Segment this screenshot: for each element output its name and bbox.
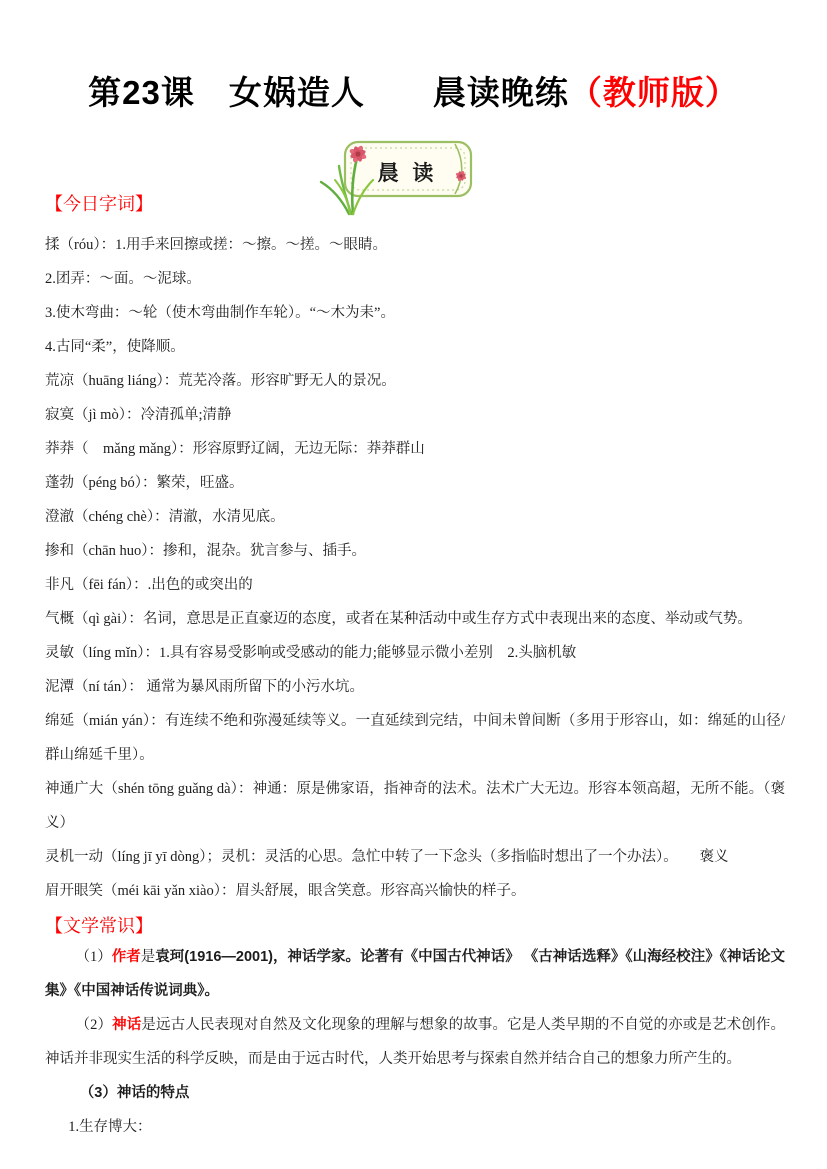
page-title-main: 第23课 女娲造人 晨读晚练 (88, 74, 569, 111)
word-item: 绵延（mián yán）：有连续不绝和弥漫延续等义。一直延续到完结，中间未曾间断… (45, 704, 785, 772)
word-item: 灵机一动（líng jī yī dòng）；灵机：灵活的心思。急忙中转了一下念头… (45, 840, 785, 874)
item-number: （1） (75, 949, 111, 965)
word-item: 掺和（chān huo）：掺和，混杂。犹言参与、插手。 (45, 534, 785, 568)
word-item: 寂寞（jì mò）：冷清孤单;清静 (45, 398, 785, 432)
section-header-literature: 【文学常识】 (45, 912, 785, 940)
item-number: （2） (75, 1017, 112, 1033)
morning-reading-banner: 晨 读 (305, 134, 495, 218)
literature-item-myth-features: （3）神话的特点 (45, 1076, 785, 1110)
literature-section: 【文学常识】 （1）作者是袁珂(1916—2001)，神话学家。论著有《中国古代… (45, 912, 785, 1144)
page-title: 第23课 女娲造人 晨读晚练（教师版） (0, 70, 827, 116)
section-header-today-words: 【今日字词】 (45, 192, 153, 216)
word-item: 2.团弄：～面。～泥球。 (45, 262, 785, 296)
literature-item-feature-1: 1.生存博大： (45, 1110, 785, 1144)
literature-item-myth: （2）神话是远古人民表现对自然及文化现象的理解与想象的故事。它是人类早期的不自觉… (45, 1008, 785, 1076)
page-title-edition: （教师版） (569, 74, 739, 111)
word-item: 莽莽（ mǎng mǎng）：形容原野辽阔，无边无际：莽莽群山 (45, 432, 785, 466)
word-item: 眉开眼笑（méi kāi yǎn xiào）：眉头舒展，眼含笑意。形容高兴愉快的… (45, 874, 785, 908)
word-item: 3.使木弯曲：～轮（使木弯曲制作车轮）。“～木为耒”。 (45, 296, 785, 330)
word-item: 泥潭（ní tán）： 通常为暴风雨所留下的小污水坑。 (45, 670, 785, 704)
banner-row: 晨 读 【今日字词】 (0, 116, 827, 222)
word-item: 荒凉（huāng liáng）：荒芜冷落。形容旷野无人的景况。 (45, 364, 785, 398)
link-word: 是 (141, 949, 156, 965)
word-list: 揉（róu）：1.用手来回擦或搓：～擦。～搓。～眼睛。 2.团弄：～面。～泥球。… (45, 228, 785, 908)
word-item: 气概（qì gài）：名词，意思是正直豪迈的态度，或者在某种活动中或生存方式中表… (45, 602, 785, 636)
author-works-text: 袁珂(1916—2001)，神话学家。论著有《中国古代神话》 《古神话选释》《山… (45, 949, 785, 999)
word-item: 蓬勃（péng bó）：繁荣，旺盛。 (45, 466, 785, 500)
word-item: 神通广大（shén tōng guǎng dà）：神通：原是佛家语，指神奇的法术… (45, 772, 785, 840)
document-page: 第23课 女娲造人 晨读晚练（教师版） (0, 0, 827, 1169)
word-item: 4.古同“柔”，使降顺。 (45, 330, 785, 364)
word-item: 灵敏（líng mǐn）：1.具有容易受影响或受感动的能力;能够显示微小差别 2… (45, 636, 785, 670)
word-item: 澄澈（chéng chè）：清澈，水清见底。 (45, 500, 785, 534)
banner-label: 晨 读 (378, 157, 438, 187)
keyword-author: 作者 (112, 949, 141, 965)
word-item: 非凡（fēi fán）：.出色的或突出的 (45, 568, 785, 602)
myth-definition-text: 是远古人民表现对自然及文化现象的理解与想象的故事。它是人类早期的不自觉的亦或是艺… (45, 1017, 785, 1067)
keyword-myth: 神话 (112, 1017, 141, 1033)
word-item: 揉（róu）：1.用手来回擦或搓：～擦。～搓。～眼睛。 (45, 228, 785, 262)
literature-item-author: （1）作者是袁珂(1916—2001)，神话学家。论著有《中国古代神话》 《古神… (45, 940, 785, 1008)
